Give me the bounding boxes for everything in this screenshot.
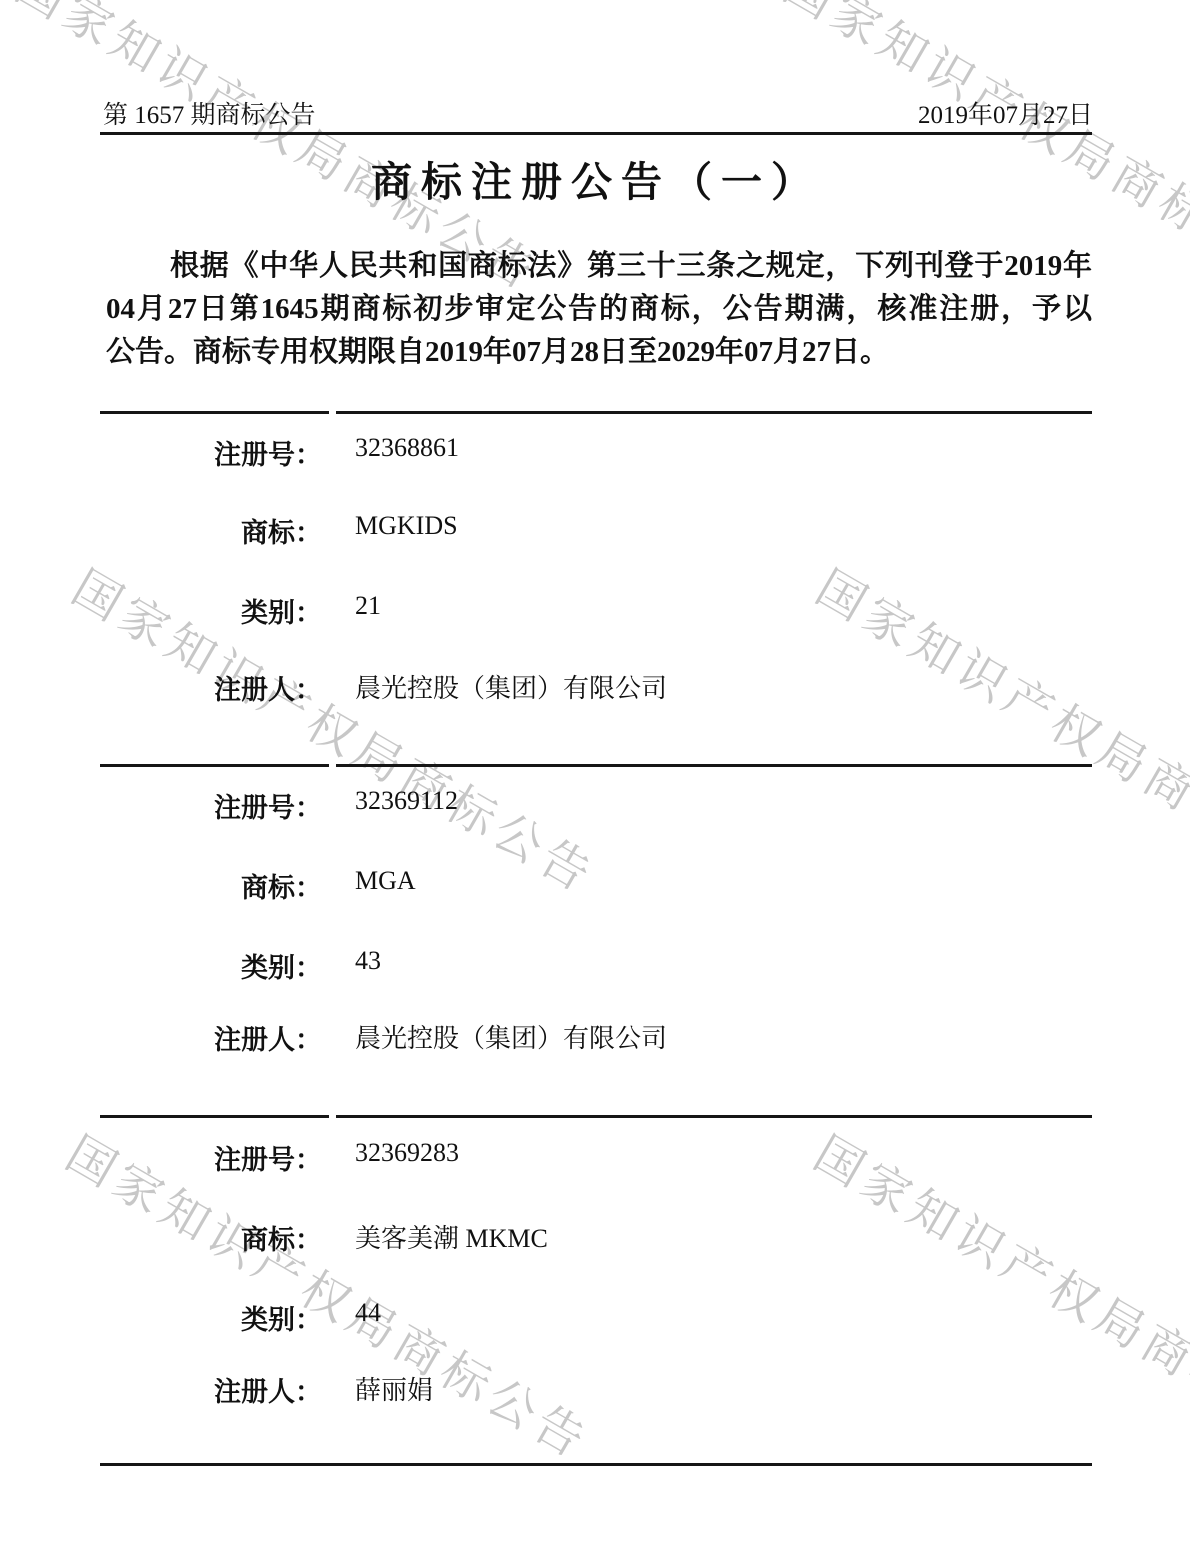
field-row-registrant: 注册人： 晨光控股（集团）有限公司 [0,668,1190,708]
field-row-trademark: 商标： MGA [0,866,1190,906]
reg-no-value: 32369283 [355,1138,459,1168]
separator-line [100,764,329,767]
category-label: 类别： [150,591,322,630]
reg-no-label: 注册号： [150,433,322,472]
registrant-label: 注册人： [150,668,322,707]
field-row-registrant: 注册人： 薛丽娟 [0,1370,1190,1410]
date-label: 2019年07月27日 [918,95,1093,131]
header-rule [100,132,1092,135]
trademark-value: 美客美潮 MKMC [355,1218,548,1255]
trademark-value: MGA [355,866,416,896]
category-label: 类别： [150,946,322,985]
field-row-reg-no: 注册号： 32369283 [0,1138,1190,1178]
registrant-label: 注册人： [150,1018,322,1057]
separator-line [336,411,1092,414]
intro-line-2: 04月27日第1645期商标初步审定公告的商标，公告期满，核准注册，予以 [106,288,1092,331]
registrant-value: 薛丽娟 [355,1370,433,1407]
intro-line-1: 根据《中华人民共和国商标法》第三十三条之规定，下列刊登于2019年 [106,245,1092,288]
separator-line [100,411,329,414]
field-row-reg-no: 注册号： 32368861 [0,433,1190,473]
field-row-category: 类别： 43 [0,946,1190,986]
field-row-trademark: 商标： MGKIDS [0,511,1190,551]
page-title: 商标注册公告（一） [100,149,1092,208]
category-label: 类别： [150,1298,322,1337]
field-row-category: 类别： 44 [0,1298,1190,1338]
trademark-value: MGKIDS [355,511,458,541]
category-value: 21 [355,591,381,621]
trademark-label: 商标： [150,866,322,905]
separator-line [336,764,1092,767]
gazette-page: 第 1657 期商标公告 2019年07月27日 商标注册公告（一） 根据《中华… [0,0,1190,1564]
intro-paragraph: 根据《中华人民共和国商标法》第三十三条之规定，下列刊登于2019年 04月27日… [106,245,1092,374]
separator-line [336,1115,1092,1118]
separator-line [100,1115,329,1118]
field-row-reg-no: 注册号： 32369112 [0,786,1190,826]
field-row-trademark: 商标： 美客美潮 MKMC [0,1218,1190,1258]
registrant-label: 注册人： [150,1370,322,1409]
trademark-label: 商标： [150,1218,322,1257]
separator-line [100,1463,1092,1466]
reg-no-value: 32369112 [355,786,458,816]
field-row-category: 类别： 21 [0,591,1190,631]
category-value: 44 [355,1298,381,1328]
category-value: 43 [355,946,381,976]
registrant-value: 晨光控股（集团）有限公司 [355,668,667,705]
trademark-label: 商标： [150,511,322,550]
field-row-registrant: 注册人： 晨光控股（集团）有限公司 [0,1018,1190,1058]
issue-label: 第 1657 期商标公告 [103,95,316,131]
registrant-value: 晨光控股（集团）有限公司 [355,1018,667,1055]
reg-no-label: 注册号： [150,786,322,825]
reg-no-value: 32368861 [355,433,459,463]
intro-line-3: 公告。商标专用权期限自2019年07月28日至2029年07月27日。 [106,331,1092,374]
reg-no-label: 注册号： [150,1138,322,1177]
